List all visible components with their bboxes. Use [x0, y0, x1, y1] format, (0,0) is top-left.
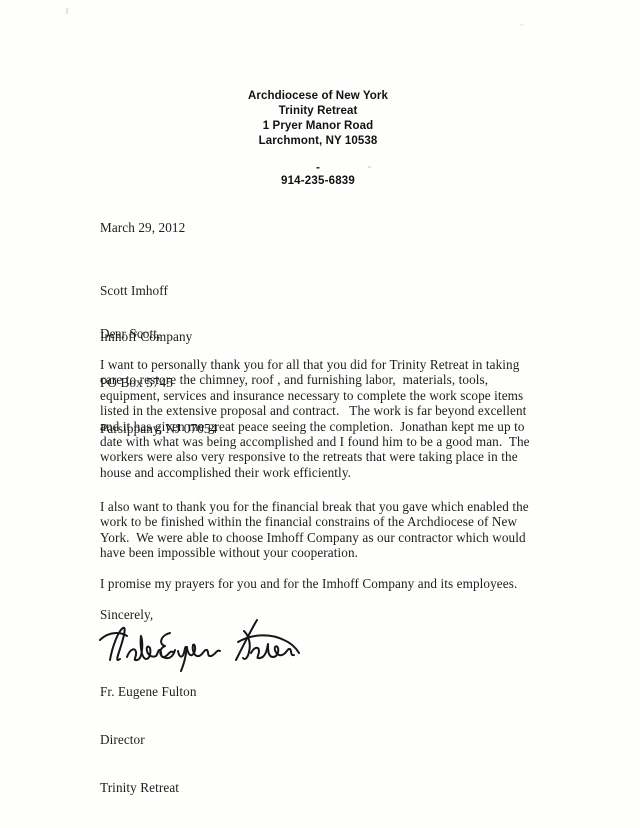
- letter-date: March 29, 2012: [100, 220, 580, 235]
- body-paragraph-3: I promise my prayers for you and for the…: [100, 576, 580, 591]
- letterhead-organization: Archdiocese of New York: [0, 89, 636, 104]
- letter-page: Archdiocese of New York Trinity Retreat …: [0, 0, 640, 828]
- signer-organization: Trinity Retreat: [100, 780, 580, 796]
- scan-speck: [520, 24, 524, 26]
- salutation: Dear Scott,: [100, 326, 580, 341]
- letterhead-separator: -: [0, 160, 636, 174]
- letterhead-facility: Trinity Retreat: [0, 104, 636, 119]
- signer-title: Director: [100, 732, 580, 748]
- body-paragraph-2: I also want to thank you for the financi…: [100, 499, 580, 561]
- letterhead-city-state-zip: Larchmont, NY 10538: [0, 134, 636, 149]
- letterhead-phone: 914-235-6839: [0, 175, 636, 187]
- signer-typed-name: Fr. Eugene Fulton: [100, 684, 580, 700]
- letterhead-street: 1 Pryer Manor Road: [0, 119, 636, 134]
- recipient-name: Scott Imhoff: [100, 283, 580, 298]
- letterhead: Archdiocese of New York Trinity Retreat …: [0, 89, 636, 149]
- signer-block: Fr. Eugene Fulton Director Trinity Retre…: [100, 652, 580, 828]
- body-paragraph-1: I want to personally thank you for all t…: [100, 357, 580, 480]
- scan-speck: [66, 8, 69, 14]
